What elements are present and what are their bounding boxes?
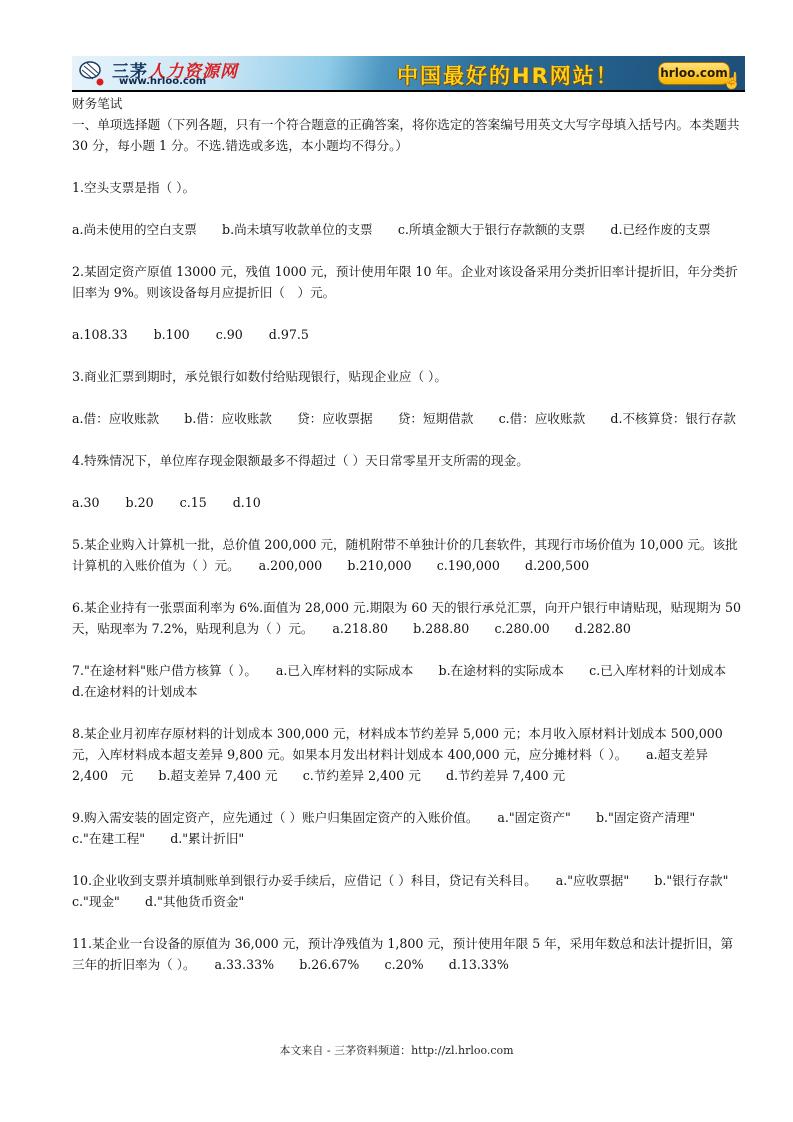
question-4-stem: 4.特殊情况下，单位库存现金限额最多不得超过（ ）天日常零星开支所需的现金。	[72, 450, 744, 471]
question-2-options: a.108.33b.100c.90d.97.5	[72, 324, 744, 345]
option-b: b.20	[126, 492, 154, 513]
question-6: 6.某企业持有一张票面利率为 6%.面值为 28,000 元.期限为 60 天的…	[72, 597, 744, 639]
question-3-stem: 3.商业汇票到期时，承兑银行如数付给贴现银行，贴现企业应（ ）。	[72, 366, 744, 387]
option-d: d.97.5	[269, 324, 309, 345]
question-1-stem: 1.空头支票是指（ ）。	[72, 177, 744, 198]
question-8: 8.某企业月初库存原材料的计划成本 300,000 元，材料成本节约差异 5,0…	[72, 723, 744, 786]
question-3-options: a.借：应收账款 b.借：应收账款 贷：应收票据 贷：短期借款 c.借：应收账款…	[72, 408, 744, 429]
option-b: b.100	[154, 324, 190, 345]
document-body: 财务笔试 一、单项选择题（下列各题，只有一个符合题意的正确答案，将你选定的答案编…	[72, 93, 744, 975]
option-c: c.90	[216, 324, 243, 345]
banner-slogan: 中国最好的HR网站！	[397, 60, 619, 90]
question-10: 10.企业收到支票并填制账单到银行办妥手续后，应借记（ ）科目，贷记有关科目。 …	[72, 870, 744, 912]
question-4-options: a.30b.20c.15d.10	[72, 492, 744, 513]
question-11: 11.某企业一台设备的原值为 36,000 元，预计净残值为 1,800 元，预…	[72, 933, 744, 975]
question-5: 5.某企业购入计算机一批，总价值 200,000 元，随机附带不单独计价的几套软…	[72, 534, 744, 576]
brand-url: www.hrloo.com	[119, 76, 206, 87]
option-a: a.30	[72, 492, 100, 513]
section-heading: 一、单项选择题（下列各题，只有一个符合题意的正确答案，将你选定的答案编号用英文大…	[72, 114, 744, 156]
header-banner[interactable]: 三茅人力资源网 www.hrloo.com 中国最好的HR网站！ hrloo.c…	[72, 56, 745, 92]
question-1-options: a.尚未使用的空白支票 b.尚未填写收款单位的支票 c.所填金额大于银行存款额的…	[72, 219, 744, 240]
option-d: d.10	[233, 492, 261, 513]
question-2-stem: 2.某固定资产原值 13000 元，残值 1000 元，预计使用年限 10 年。…	[72, 261, 744, 303]
footer-source: 本文来自 - 三茅资料频道：http://zl.hrloo.com	[0, 1042, 793, 1058]
question-7: 7."在途材料"账户借方核算（ ）。 a.已入库材料的实际成本 b.在途材料的实…	[72, 660, 744, 702]
option-a: a.108.33	[72, 324, 128, 345]
shuttlecock-logo-icon	[78, 58, 108, 88]
option-c: c.15	[180, 492, 207, 513]
document-title: 财务笔试	[72, 93, 744, 114]
hrloo-site-button[interactable]: hrloo.com	[658, 62, 730, 85]
question-9: 9.购入需安装的固定资产，应先通过（ ）账户归集固定资产的入账价值。 a."固定…	[72, 807, 744, 849]
hand-cursor-icon: ☝	[722, 71, 742, 90]
